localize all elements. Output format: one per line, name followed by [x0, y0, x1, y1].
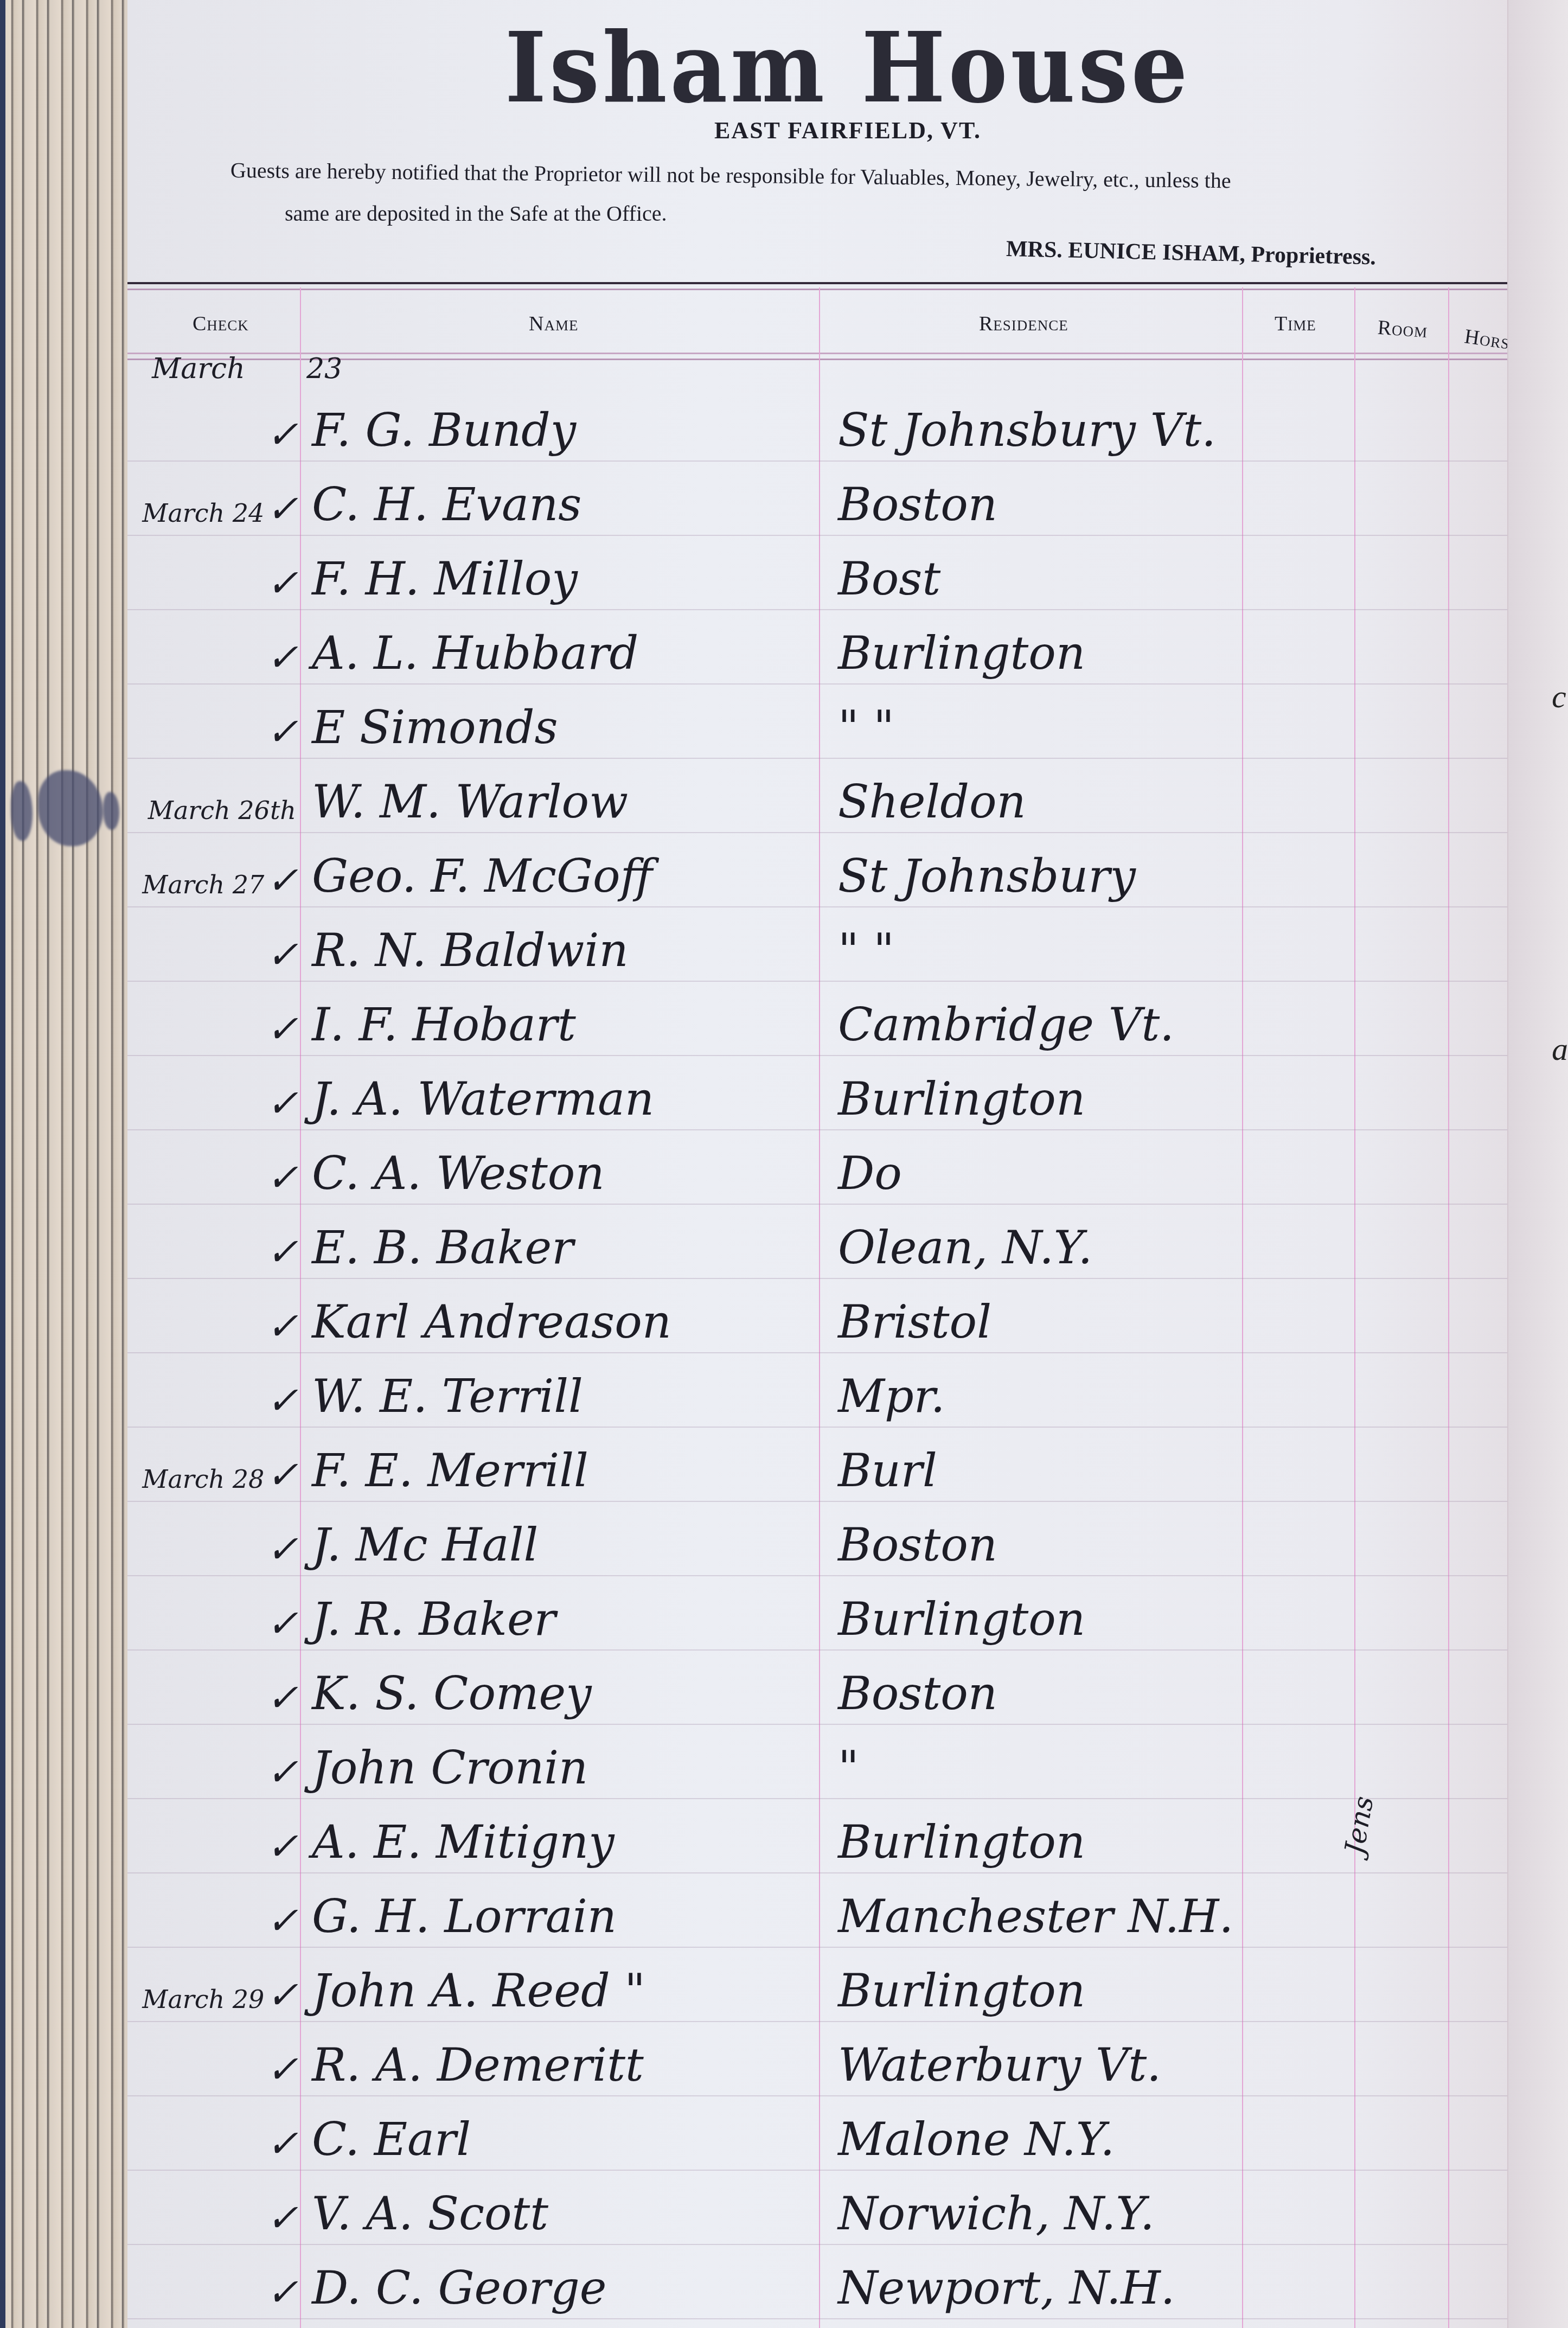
check-cell: ✓ — [136, 2047, 298, 2092]
guest-residence: Burlington — [838, 1592, 1085, 1646]
checkmark-icon: ✓ — [266, 561, 298, 605]
column-header-time: Time — [1275, 312, 1316, 336]
guest-name: F. G. Bundy — [312, 404, 576, 457]
guest-residence: " " — [838, 924, 894, 977]
register-entry-row: ✓V. A. ScottNorwich, N.Y. — [127, 2174, 1516, 2250]
guest-residence: Malone N.Y. — [838, 2113, 1115, 2166]
check-cell: ✓ — [136, 1155, 298, 1200]
guest-name: A. E. Mitigny — [312, 1815, 615, 1869]
register-entry-row: ✓E. B. BakerOlean, N.Y. — [127, 1208, 1516, 1284]
check-cell: ✓ — [136, 1527, 298, 1571]
notice-line-2: same are deposited in the Safe at the Of… — [285, 201, 667, 226]
guest-name: Karl Andreason — [312, 1295, 671, 1348]
checkmark-icon: ✓ — [266, 2121, 298, 2166]
ink-stain — [103, 792, 119, 830]
guest-name: J. A. Waterman — [312, 1072, 654, 1125]
guest-name: A. L. Hubbard — [312, 626, 638, 680]
register-entry-row: ✓A. L. HubbardBurlington — [127, 613, 1516, 689]
guest-residence: Burlington — [838, 1964, 1085, 2017]
register-page: Isham House EAST FAIRFIELD, VT. Guests a… — [127, 0, 1568, 2328]
guest-residence: Norwich, N.Y. — [838, 2187, 1155, 2240]
register-entry-row: ✓A. E. MitignyBurlingtonJens — [127, 1802, 1516, 1878]
register-entry-row: ✓C. EarlMalone N.Y. — [127, 2100, 1516, 2176]
register-entry-row: March 24✓C. H. EvansBoston — [127, 465, 1516, 541]
guest-residence: Do — [838, 1147, 902, 1200]
register-entry-row: ✓Karl AndreasonBristol — [127, 1282, 1516, 1358]
register-entry-row: ✓F. G. BundySt Johnsbury Vt. — [127, 391, 1516, 466]
checkmark-icon: ✓ — [266, 1304, 298, 1348]
check-cell: ✓ — [136, 1081, 298, 1125]
register-entry-row: ✓John Cronin" — [127, 1728, 1516, 1804]
check-cell: ✓ — [136, 561, 298, 605]
guest-residence: " — [838, 1741, 859, 1794]
guest-residence: St Johnsbury — [838, 849, 1136, 903]
checkmark-icon: ✓ — [266, 1898, 298, 1943]
guest-residence: Bost — [838, 552, 940, 605]
check-cell: ✓ — [136, 1750, 298, 1794]
checkmark-icon: ✓ — [266, 2270, 298, 2314]
date-header-day: 23 — [306, 353, 342, 385]
checkmark-icon: ✓ — [266, 1973, 298, 2017]
register-entry-row: ✓J. Mc HallBoston — [127, 1505, 1516, 1581]
guest-residence: Burlington — [838, 1072, 1085, 1125]
guest-residence: Boston — [838, 478, 997, 531]
register-entry-row: ✓K. S. ComeyBoston — [127, 1654, 1516, 1730]
ink-stain — [38, 770, 103, 846]
guest-residence: Olean, N.Y. — [838, 1221, 1092, 1274]
hotel-location: EAST FAIRFIELD, VT. — [127, 117, 1568, 144]
register-entry-row: ✓F. H. MilloyBost — [127, 539, 1516, 615]
guest-name: E Simonds — [312, 701, 558, 754]
guest-residence: Burl — [838, 1444, 937, 1497]
guest-name: G. H. Lorrain — [312, 1890, 617, 1943]
column-header-name: Name — [529, 312, 578, 336]
column-header-check: Check — [193, 312, 249, 336]
register-entry-row: ✓D. C. GeorgeNewport, N.H. — [127, 2248, 1516, 2324]
book-cover-edge — [0, 0, 5, 2328]
notice-line-1: Guests are hereby notified that the Prop… — [231, 157, 1231, 193]
checkmark-icon: ✓ — [266, 1750, 298, 1794]
entry-date: March 26th — [148, 796, 296, 825]
guest-name: R. N. Baldwin — [312, 924, 629, 977]
checkmark-icon: ✓ — [266, 1230, 298, 1274]
hotel-title: Isham House — [185, 11, 1511, 124]
guest-name: C. A. Weston — [312, 1147, 604, 1200]
register-entry-row: ✓C. A. WestonDo — [127, 1134, 1516, 1210]
guest-name: Geo. F. McGoff — [312, 849, 652, 903]
checkmark-icon: ✓ — [266, 858, 298, 903]
guest-residence: Burlington — [838, 626, 1085, 680]
checkmark-icon: ✓ — [266, 1378, 298, 1423]
check-cell: ✓ — [136, 709, 298, 754]
register-entry-row: ✓J. R. BakerBurlington — [127, 1579, 1516, 1655]
check-cell: ✓ — [136, 932, 298, 977]
check-cell: ✓ — [136, 1675, 298, 1720]
guest-name: I. F. Hobart — [312, 998, 576, 1051]
guest-name: R. A. Demeritt — [312, 2038, 644, 2092]
guest-name: F. E. Merrill — [312, 1444, 588, 1497]
guest-residence: Boston — [838, 1667, 997, 1720]
check-cell: ✓ — [136, 1824, 298, 1869]
check-cell: ✓ — [136, 1898, 298, 1943]
checkmark-icon: ✓ — [266, 1527, 298, 1571]
checkmark-icon: ✓ — [266, 635, 298, 680]
check-cell: ✓ — [136, 2121, 298, 2166]
column-header-residence: Residence — [979, 312, 1068, 336]
check-cell: March 27✓ — [136, 858, 298, 903]
header-rule-top — [127, 282, 1516, 290]
check-cell: ✓ — [136, 2270, 298, 2314]
guest-name: V. A. Scott — [312, 2187, 548, 2240]
guest-name: J. R. Baker — [312, 1592, 556, 1646]
guest-name: J. Mc Hall — [312, 1518, 538, 1571]
guest-name: W. E. Terrill — [312, 1370, 583, 1423]
checkmark-icon: ✓ — [266, 1081, 298, 1125]
register-entry-row: ✓W. E. TerrillMpr. — [127, 1357, 1516, 1432]
guest-name: C. H. Evans — [312, 478, 581, 531]
register-entry-row: ✓J. A. WatermanBurlington — [127, 1059, 1516, 1135]
checkmark-icon: ✓ — [266, 2196, 298, 2240]
entry-date: March 27 — [142, 870, 264, 899]
entry-date: March 29 — [142, 1985, 264, 2014]
page-fold-right: c a — [1507, 0, 1568, 2328]
adjacent-page-fragment: c — [1552, 678, 1566, 715]
ink-stain — [11, 781, 33, 841]
guest-residence: Cambridge Vt. — [838, 998, 1174, 1051]
guest-residence: St Johnsbury Vt. — [838, 404, 1216, 457]
check-cell: March 29✓ — [136, 1973, 298, 2017]
check-cell: March 26th — [136, 784, 298, 828]
margin-note: Jens — [1339, 1794, 1380, 1857]
guest-name: John A. Reed " — [312, 1964, 645, 2017]
checkmark-icon: ✓ — [266, 1601, 298, 1646]
guest-residence: Newport, N.H. — [838, 2261, 1175, 2314]
register-entry-row: ✓R. N. Baldwin" " — [127, 911, 1516, 987]
book-binding-edge — [0, 0, 127, 2328]
register-entry-row: March 28✓F. E. MerrillBurl — [127, 1431, 1516, 1507]
checkmark-icon: ✓ — [266, 2047, 298, 2092]
guest-name: K. S. Comey — [312, 1667, 592, 1720]
check-cell: ✓ — [136, 1230, 298, 1274]
check-cell: ✓ — [136, 1304, 298, 1348]
checkmark-icon: ✓ — [266, 487, 298, 531]
guest-name: John Cronin — [312, 1741, 588, 1794]
register-entry-row: ✓G. H. LorrainManchester N.H. — [127, 1877, 1516, 1953]
checkmark-icon: ✓ — [266, 412, 298, 457]
guest-residence: Waterbury Vt. — [838, 2038, 1161, 2092]
guest-name: C. Earl — [312, 2113, 471, 2166]
guest-residence: Burlington — [838, 1815, 1085, 1869]
adjacent-page-fragment: a — [1552, 1031, 1568, 1068]
check-cell: ✓ — [136, 1007, 298, 1051]
register-entry-row: March 29✓John A. Reed "Burlington — [127, 1951, 1516, 2027]
checkmark-icon: ✓ — [266, 1675, 298, 1720]
guest-residence: Bristol — [838, 1295, 991, 1348]
guest-name: D. C. George — [312, 2261, 606, 2314]
column-header-room: Room — [1377, 316, 1429, 343]
checkmark-icon: ✓ — [266, 1007, 298, 1051]
checkmark-icon: ✓ — [266, 1824, 298, 1869]
check-cell: ✓ — [136, 2196, 298, 2240]
entry-date: March 24 — [142, 498, 264, 528]
guest-residence: Boston — [838, 1518, 997, 1571]
guest-residence: Mpr. — [838, 1370, 945, 1423]
register-entry-row: March 27✓Geo. F. McGoffSt Johnsbury — [127, 836, 1516, 912]
check-cell: ✓ — [136, 412, 298, 457]
register-entry-row: March 26thW. M. WarlowSheldon — [127, 762, 1516, 838]
guest-name: F. H. Milloy — [312, 552, 578, 605]
guest-name: W. M. Warlow — [312, 775, 628, 828]
check-cell: ✓ — [136, 635, 298, 680]
checkmark-icon: ✓ — [266, 932, 298, 977]
checkmark-icon: ✓ — [266, 1453, 298, 1497]
check-cell: ✓ — [136, 1601, 298, 1646]
guest-residence: Manchester N.H. — [838, 1890, 1233, 1943]
check-cell: March 28✓ — [136, 1453, 298, 1497]
date-header-month: March — [152, 353, 245, 385]
register-entry-row: ✓I. F. HobartCambridge Vt. — [127, 985, 1516, 1061]
checkmark-icon: ✓ — [266, 1155, 298, 1200]
guest-name: E. B. Baker — [312, 1221, 573, 1274]
proprietress-signature: MRS. EUNICE ISHAM, Proprietress. — [1006, 236, 1376, 270]
check-cell: ✓ — [136, 1378, 298, 1423]
guest-residence: " " — [838, 701, 894, 754]
register-entry-row: ✓R. A. DemerittWaterbury Vt. — [127, 2025, 1516, 2101]
register-entry-row: ✓E Simonds" " — [127, 688, 1516, 764]
checkmark-icon: ✓ — [266, 709, 298, 754]
entry-date: March 28 — [142, 1464, 264, 1494]
check-cell: March 24✓ — [136, 487, 298, 531]
guest-residence: Sheldon — [838, 775, 1026, 828]
